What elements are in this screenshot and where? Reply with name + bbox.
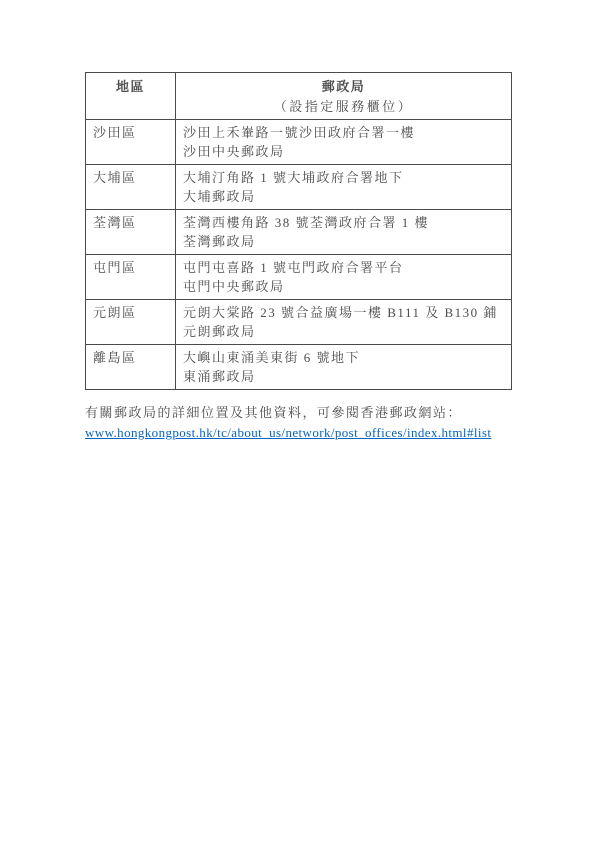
office-name-line: 大埔郵政局 (183, 187, 504, 206)
post-office-cell: 大嶼山東涌美東街 6 號地下 東涌郵政局 (176, 345, 512, 390)
table-row: 大埔區 大埔汀角路 1 號大埔政府合署地下 大埔郵政局 (86, 165, 512, 210)
table-row: 離島區 大嶼山東涌美東街 6 號地下 東涌郵政局 (86, 345, 512, 390)
address-line: 元朗大棠路 23 號合益廣場一樓 B111 及 B130 鋪 (183, 303, 504, 322)
post-office-cell: 沙田上禾輋路一號沙田政府合署一樓 沙田中央郵政局 (176, 120, 512, 165)
office-name-line: 沙田中央郵政局 (183, 142, 504, 161)
table-header-row: 地區 郵政局 （設指定服務櫃位） (86, 73, 512, 120)
post-office-cell: 元朗大棠路 23 號合益廣場一樓 B111 及 B130 鋪 元朗郵政局 (176, 300, 512, 345)
district-cell: 荃灣區 (86, 210, 176, 255)
district-cell: 元朗區 (86, 300, 176, 345)
post-office-cell: 荃灣西樓角路 38 號荃灣政府合署 1 樓 荃灣郵政局 (176, 210, 512, 255)
office-name-line: 元朗郵政局 (183, 322, 504, 341)
table-header-post-office: 郵政局 （設指定服務櫃位） (176, 73, 512, 120)
address-line: 大嶼山東涌美東街 6 號地下 (183, 348, 504, 367)
address-line: 荃灣西樓角路 38 號荃灣政府合署 1 樓 (183, 213, 504, 232)
address-line: 沙田上禾輋路一號沙田政府合署一樓 (183, 123, 504, 142)
post-office-cell: 屯門屯喜路 1 號屯門政府合署平台 屯門中央郵政局 (176, 255, 512, 300)
district-cell: 屯門區 (86, 255, 176, 300)
post-office-header-label: 郵政局 (322, 79, 366, 94)
table-row: 荃灣區 荃灣西樓角路 38 號荃灣政府合署 1 樓 荃灣郵政局 (86, 210, 512, 255)
post-office-table: 地區 郵政局 （設指定服務櫃位） 沙田區 沙田上禾輋路一號沙田政府合署一樓 沙田… (85, 72, 512, 390)
office-name-line: 荃灣郵政局 (183, 232, 504, 251)
post-office-cell: 大埔汀角路 1 號大埔政府合署地下 大埔郵政局 (176, 165, 512, 210)
address-line: 大埔汀角路 1 號大埔政府合署地下 (183, 168, 504, 187)
note-block: 有關郵政局的詳細位置及其他資料，可參閱香港郵政網站： www.hongkongp… (85, 404, 519, 442)
district-cell: 離島區 (86, 345, 176, 390)
address-line: 屯門屯喜路 1 號屯門政府合署平台 (183, 258, 504, 277)
table-header-district: 地區 (86, 73, 176, 120)
table-row: 元朗區 元朗大棠路 23 號合益廣場一樓 B111 及 B130 鋪 元朗郵政局 (86, 300, 512, 345)
office-name-line: 屯門中央郵政局 (183, 277, 504, 296)
post-office-header-subtitle: （設指定服務櫃位） (183, 97, 504, 116)
office-name-line: 東涌郵政局 (183, 367, 504, 386)
post-office-website-link[interactable]: www.hongkongpost.hk/tc/about_us/network/… (85, 425, 491, 440)
document-page: 地區 郵政局 （設指定服務櫃位） 沙田區 沙田上禾輋路一號沙田政府合署一樓 沙田… (0, 0, 595, 842)
post-office-table-container: 地區 郵政局 （設指定服務櫃位） 沙田區 沙田上禾輋路一號沙田政府合署一樓 沙田… (85, 72, 511, 390)
district-cell: 沙田區 (86, 120, 176, 165)
note-text: 有關郵政局的詳細位置及其他資料，可參閱香港郵政網站： (85, 404, 519, 422)
district-header-label: 地區 (116, 79, 145, 94)
table-row: 沙田區 沙田上禾輋路一號沙田政府合署一樓 沙田中央郵政局 (86, 120, 512, 165)
table-row: 屯門區 屯門屯喜路 1 號屯門政府合署平台 屯門中央郵政局 (86, 255, 512, 300)
district-cell: 大埔區 (86, 165, 176, 210)
